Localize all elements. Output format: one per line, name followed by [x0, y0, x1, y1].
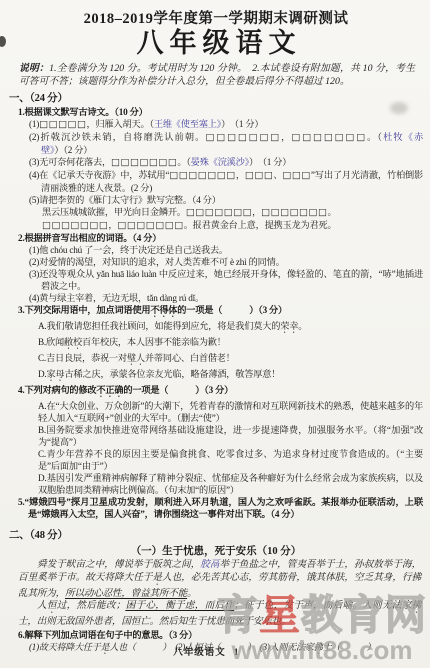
q1-item-1: (1)□□□□□，归雁入胡天。（王维《使至塞上》） （1 分） [29, 118, 423, 131]
q1-item-4: (4)在《记承天寺夜游》中，苏轼用“□□□□□□□，□□□、□□□”写出了月光清… [29, 169, 423, 194]
q2-item-3: (3)还没等观众从 yǎn huā liáo luàn 中反应过来，她已经展开身… [29, 268, 423, 292]
q1-item-5-poem-line-2: □□□□□□□，□□□□□□□。报君黄金台上意，提携玉龙为君死。 [42, 219, 423, 232]
q6-stem: 6.解释下列加点词语在句子中的意思。（3 分） [18, 629, 423, 641]
q3-option-c: C.吉日良辰，恭祝一对璧人并蒂同心、白首偕老！ [38, 352, 423, 368]
reading-passage-title: （一）生于忧患，死于安乐（10 分） [9, 545, 423, 559]
q1-item-3: (3)无可奈何花落去，□□□□□□□。（晏殊《浣溪沙》） （1 分） [29, 156, 423, 169]
exam-notice: 说明：1.全卷满分为 120 分。考试用时为 120 分钟。 2.本试卷设有附加… [19, 62, 415, 88]
q1-item-2: (2)折戟沉沙铁未销，自将磨洗认前朝。□□□□□□□，□□□□□□□。（杜牧《赤… [29, 131, 423, 156]
q4-option-b: B.国务院要求加快推进宽带网络基础设施建设，进一步提速降费，加强服务水平。（将“… [38, 424, 423, 448]
exam-paper-page: 2018–2019学年度第一学期期末调研测试 八年级语文 说明：1.全卷满分为 … [0, 0, 430, 668]
q2-stem: 2.根据拼音写出相应的词语。（4 分） [18, 232, 423, 244]
page-footer: 八年级语文1 [173, 644, 239, 658]
passage-paragraph-2: 人恒过，然后能改；困于心，衡于虑，而后作；征于色，发于声，而后喻。入则无法家拂士… [18, 600, 421, 629]
section-1-heading: 一、（24 分） [9, 92, 423, 106]
q1-item-5-poem-line-1: 黑云压城城欲摧，甲光向日金鳞开。□□□□□□□，□□□□□□□。 [42, 206, 423, 219]
q5-stem: 5.“嫦娥四号”探月卫星成功发射，顺利进入环月轨道，国人为之欢呼雀跃。某报举办征… [18, 496, 423, 520]
q1-stem: 1.根据课文默写古诗文。（10 分） [18, 106, 423, 118]
q4-stem: 4.下列对病句的修改不正确的一项是（ ）（3 分） [18, 384, 423, 400]
q2-item-2: (2)对爱情的渴望，对知识的追求，对人类苦难不可 è zhì 的同情。 [29, 256, 423, 268]
q3-option-b: B.欣闻敝校百年校庆，本人因事不能亲临为歉！ [38, 336, 423, 352]
q4-option-c: C.青少年营养不良的原因主要是偏食挑食、吃零食过多、为追求身材过度节食造成的。（… [38, 448, 423, 472]
q4-option-d: D.基因引发严重精神病解释了精神分裂症、忧郁症及各种癖好为什么经常会成为家族疾病… [38, 472, 423, 496]
q3-stem: 3.下列交际用语中，加点词语使用不得体的一项是（ ）（3 分） [18, 304, 423, 320]
q3-option-d: D.家母古稀之庆，承蒙各位亲友光临，略备薄酒，敬答厚意！ [38, 368, 423, 384]
section-gap [9, 520, 423, 529]
exam-title: 2018–2019学年度第一学期期末调研测试 [9, 11, 423, 28]
q4-option-a: A.在“大众创业、万众创新”的大潮下，凭着青春的激情和对互联网新技术的熟悉，使越… [38, 400, 423, 424]
footer-page-number: 1 [234, 648, 240, 658]
q3-option-a: A.我们敬请您担任我社顾问，如能得到应允，将是我们莫大的荣幸。 [38, 320, 423, 336]
q2-item-1: (1)他 chóu chú 了一会，终于决定还是自己送我去。 [29, 244, 423, 256]
footer-subject-label: 八年级语文 [173, 648, 226, 658]
passage-paragraph-1: 舜发于畎亩之中，傅说举于版筑之间，胶鬲举于鱼盐之中，管夷吾举于士，孙叔敖举于海，… [18, 559, 421, 600]
paper-content: 2018–2019学年度第一学期期末调研测试 八年级语文 说明：1.全卷满分为 … [0, 0, 430, 657]
subject-title: 八年级语文 [9, 28, 423, 59]
section-2-heading: 二、（48 分） [9, 529, 423, 543]
q1-item-5-stem: (5)请把李贺的《雁门太守行》默写完整。（4 分） [29, 194, 423, 206]
q2-item-4: (4)黄与绿主宰着，无边无垠，tǎn dàng rú dǐ。 [29, 292, 423, 304]
